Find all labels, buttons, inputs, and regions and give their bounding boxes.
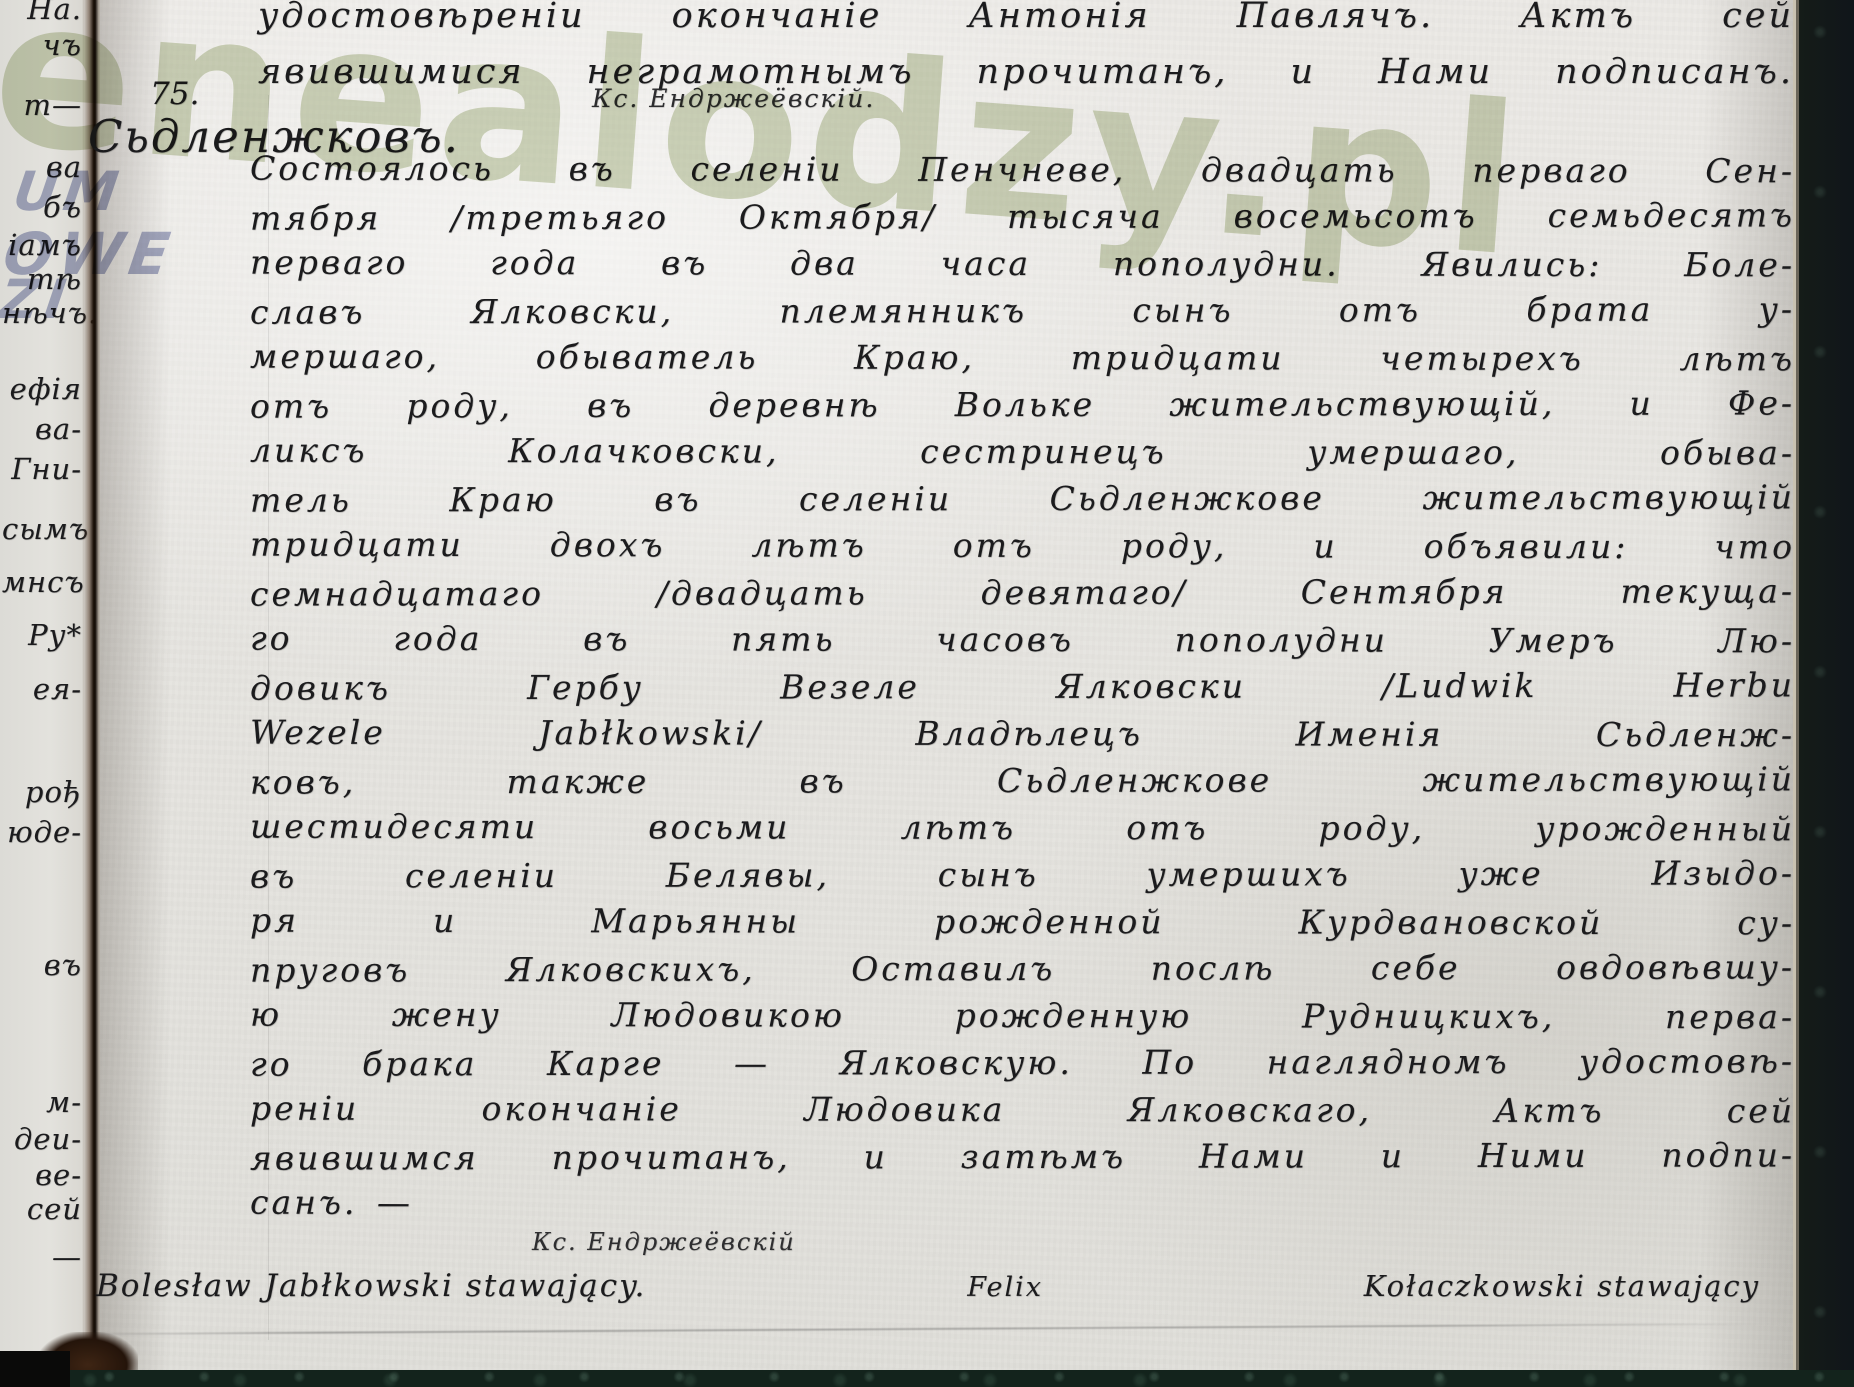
record-body-line: перваго года въ два часа пополудни. Явил… bbox=[250, 239, 1795, 289]
record-body-line: явившимся прочитанъ, и затѣмъ Нами и Ним… bbox=[250, 1131, 1795, 1181]
document-scan: На.чът—вабъiамътѣнѣчъ.ефiява-Гни-сымъмнс… bbox=[0, 0, 1854, 1387]
previous-page-text-fragment: тѣ bbox=[2, 262, 82, 296]
record-number: 75. bbox=[150, 76, 199, 112]
previous-page-text-fragment: ея- bbox=[2, 672, 82, 706]
previous-page-edge: На.чът—вабъiамътѣнѣчъ.ефiява-Гни-сымъмнс… bbox=[0, 0, 84, 1387]
previous-page-text-fragment: деи- bbox=[2, 1122, 82, 1156]
previous-page-text-fragment: м- bbox=[2, 1085, 82, 1119]
record-body-line: въ селенiи Белявы, сынъ умершихъ уже Изы… bbox=[250, 849, 1795, 899]
record-body-line: семнадцатаго /двадцать девятаго/ Сентябр… bbox=[250, 567, 1795, 617]
record-body-line: ю жену Людовикою рожденную Рудницкихъ, п… bbox=[250, 991, 1795, 1041]
previous-record-line: удостовѣренiи окончанiе Антонiя Павлячъ.… bbox=[258, 0, 1794, 44]
record-body-line: санъ. — bbox=[250, 1179, 1795, 1229]
priest-signature-top: Кс. Ендржеёвскiй. bbox=[592, 84, 875, 113]
record-body-text: Состоялось въ селенiи Пенчневе, двадцать… bbox=[250, 146, 1795, 1227]
record-body-line: ря и Марьянны рожденной Курдвановской су… bbox=[250, 897, 1795, 947]
previous-page-text-fragment: въ bbox=[2, 948, 82, 982]
gutter-shadow bbox=[100, 0, 170, 1372]
record-body-line: Wezele Jabłkowski/ Владѣлецъ Именiя Сьдл… bbox=[250, 709, 1795, 759]
record-body-line: тября /третьяго Октября/ тысяча восемьсо… bbox=[250, 191, 1795, 241]
previous-record-closing-lines: удостовѣренiи окончанiе Антонiя Павлячъ.… bbox=[258, 0, 1794, 100]
book-cover-bottom-edge bbox=[0, 1370, 1854, 1387]
previous-page-text-fragment: ва- bbox=[2, 412, 82, 446]
previous-page-text-fragment: мнсъ bbox=[2, 565, 82, 599]
record-body-line: ренiи окончанiе Людовика Ялковскаго, Акт… bbox=[250, 1085, 1795, 1135]
record-body-line: пруговъ Ялковскихъ, Оставилъ послѣ себе … bbox=[250, 943, 1795, 993]
previous-page-text-fragment: ве- bbox=[2, 1158, 82, 1192]
previous-page-text-fragment: На. bbox=[2, 0, 82, 26]
signature-boleslaw-jablkowski: Bolesław Jabłkowski stawający. bbox=[96, 1268, 646, 1304]
previous-page-text-fragment: нѣчъ. bbox=[2, 296, 82, 330]
signature-kolaczkowski: Kołaczkowski stawający bbox=[1364, 1269, 1760, 1303]
record-body-line: ковъ, также въ Сьдленжкове жительствующi… bbox=[250, 755, 1795, 805]
previous-page-text-fragment: бъ bbox=[2, 190, 82, 224]
priest-signature-bottom: Кс. Ендржеёвскiй bbox=[532, 1228, 796, 1256]
record-body-line: го года въ пять часовъ пополудни Умеръ Л… bbox=[250, 615, 1795, 665]
previous-page-text-fragment: iамъ bbox=[2, 228, 82, 262]
record-body-line: славъ Ялковски, племянникъ сынъ отъ брат… bbox=[250, 285, 1795, 335]
previous-page-text-fragment: рођ bbox=[2, 775, 82, 809]
previous-record-line: явившимися неграмотнымъ прочитанъ, и Нам… bbox=[258, 44, 1794, 100]
record-body-line: мершаго, обыватель Краю, тридцати четыре… bbox=[250, 333, 1795, 383]
previous-page-text-fragment: ефiя bbox=[2, 372, 82, 406]
signature-felix-first-name: Felix bbox=[967, 1272, 1043, 1303]
witness-signatures-row: Bolesław Jabłkowski stawający. Felix Koł… bbox=[96, 1268, 1760, 1304]
previous-page-text-fragment: сей bbox=[2, 1192, 82, 1226]
book-cover-right-edge bbox=[1793, 0, 1854, 1387]
previous-page-text-fragment: Гни- bbox=[2, 452, 82, 486]
record-body-line: го брака Карге — Ялковскую. По наглядном… bbox=[250, 1037, 1795, 1087]
record-body-line: тридцати двохъ лѣтъ отъ роду, и объявили… bbox=[250, 521, 1795, 571]
previous-page-text-fragment: т— bbox=[2, 88, 82, 122]
record-body-line: Состоялось въ селенiи Пенчневе, двадцать… bbox=[250, 145, 1795, 195]
record-body-line: отъ роду, въ деревнѣ Вольке жительствующ… bbox=[250, 379, 1795, 429]
previous-page-text-fragment: сымъ bbox=[2, 512, 82, 546]
bottom-left-dark-corner bbox=[0, 1351, 70, 1387]
previous-page-text-fragment: юде- bbox=[2, 815, 82, 849]
record-body-line: ликсъ Колачковски, сестринецъ умершаго, … bbox=[250, 427, 1795, 477]
record-body-line: тель Краю въ селенiи Сьдленжкове жительс… bbox=[250, 473, 1795, 523]
previous-page-text-fragment: — bbox=[2, 1240, 82, 1274]
record-body-line: довикъ Гербу Везеле Ялковски /Ludwik Her… bbox=[250, 661, 1795, 711]
previous-page-text-fragment: Ру* bbox=[2, 618, 82, 652]
record-body-line: шестидесяти восьми лѣтъ отъ роду, урожде… bbox=[250, 803, 1795, 853]
previous-page-text-fragment: чъ bbox=[2, 28, 82, 62]
previous-page-text-fragment: ва bbox=[2, 150, 82, 184]
